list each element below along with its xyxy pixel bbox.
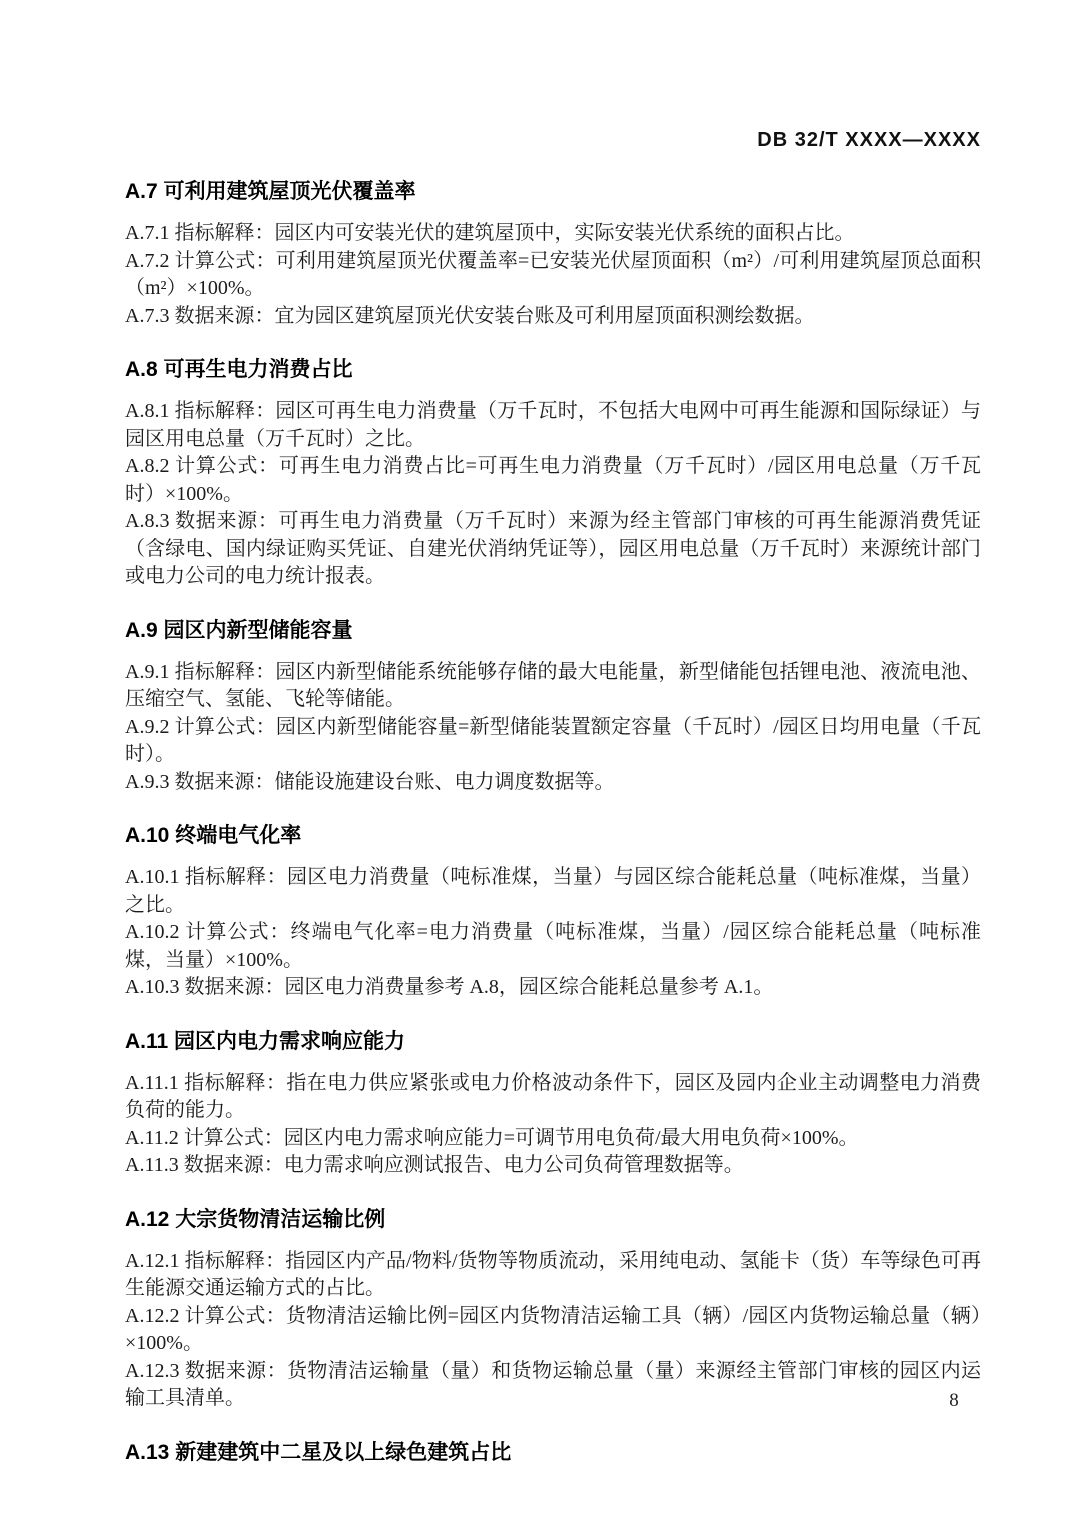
section-a10: A.10 终端电气化率 A.10.1 指标解释：园区电力消费量（吨标准煤，当量）… <box>125 822 981 1002</box>
paragraph: A.8.1 指标解释：园区可再生电力消费量（万千瓦时，不包括大电网中可再生能源和… <box>125 398 981 453</box>
paragraph: A.10.1 指标解释：园区电力消费量（吨标准煤，当量）与园区综合能耗总量（吨标… <box>125 864 981 919</box>
section-a9: A.9 园区内新型储能容量 A.9.1 指标解释：园区内新型储能系统能够存储的最… <box>125 617 981 797</box>
section-heading: A.12 大宗货物清洁运输比例 <box>125 1206 981 1234</box>
paragraph: A.12.1 指标解释：指园区内产品/物料/货物等物质流动，采用纯电动、氢能卡（… <box>125 1248 981 1303</box>
section-a13: A.13 新建建筑中二星及以上绿色建筑占比 <box>125 1439 981 1467</box>
paragraph: A.11.1 指标解释：指在电力供应紧张或电力价格波动条件下，园区及园内企业主动… <box>125 1070 981 1125</box>
section-heading: A.9 园区内新型储能容量 <box>125 617 981 645</box>
paragraph: A.11.2 计算公式：园区内电力需求响应能力=可调节用电负荷/最大用电负荷×1… <box>125 1125 981 1153</box>
paragraph: A.12.3 数据来源：货物清洁运输量（量）和货物运输总量（量）来源经主管部门审… <box>125 1358 981 1413</box>
paragraph: A.7.2 计算公式：可利用建筑屋顶光伏覆盖率=已安装光伏屋顶面积（m²）/可利… <box>125 248 981 303</box>
paragraph: A.9.2 计算公式：园区内新型储能容量=新型储能装置额定容量（千瓦时）/园区日… <box>125 714 981 769</box>
section-heading: A.7 可利用建筑屋顶光伏覆盖率 <box>125 178 981 206</box>
page-content: DB 32/T XXXX—XXXX A.7 可利用建筑屋顶光伏覆盖率 A.7.1… <box>125 128 981 1481</box>
page-number: 8 <box>942 1390 966 1412</box>
paragraph: A.10.3 数据来源：园区电力消费量参考 A.8，园区综合能耗总量参考 A.1… <box>125 974 981 1002</box>
paragraph: A.10.2 计算公式：终端电气化率=电力消费量（吨标准煤，当量）/园区综合能耗… <box>125 919 981 974</box>
section-a11: A.11 园区内电力需求响应能力 A.11.1 指标解释：指在电力供应紧张或电力… <box>125 1028 981 1180</box>
section-heading: A.13 新建建筑中二星及以上绿色建筑占比 <box>125 1439 981 1467</box>
section-heading: A.8 可再生电力消费占比 <box>125 356 981 384</box>
paragraph: A.7.1 指标解释：园区内可安装光伏的建筑屋顶中，实际安装光伏系统的面积占比。 <box>125 220 981 248</box>
section-a12: A.12 大宗货物清洁运输比例 A.12.1 指标解释：指园区内产品/物料/货物… <box>125 1206 981 1413</box>
section-heading: A.10 终端电气化率 <box>125 822 981 850</box>
section-a7: A.7 可利用建筑屋顶光伏覆盖率 A.7.1 指标解释：园区内可安装光伏的建筑屋… <box>125 178 981 330</box>
paragraph: A.9.3 数据来源：储能设施建设台账、电力调度数据等。 <box>125 769 981 797</box>
paragraph: A.8.3 数据来源：可再生电力消费量（万千瓦时）来源为经主管部门审核的可再生能… <box>125 508 981 591</box>
paragraph: A.9.1 指标解释：园区内新型储能系统能够存储的最大电能量，新型储能包括锂电池… <box>125 659 981 714</box>
paragraph: A.11.3 数据来源：电力需求响应测试报告、电力公司负荷管理数据等。 <box>125 1152 981 1180</box>
paragraph: A.7.3 数据来源：宜为园区建筑屋顶光伏安装台账及可利用屋顶面积测绘数据。 <box>125 303 981 331</box>
document-code-header: DB 32/T XXXX—XXXX <box>125 128 981 152</box>
section-a8: A.8 可再生电力消费占比 A.8.1 指标解释：园区可再生电力消费量（万千瓦时… <box>125 356 981 591</box>
paragraph: A.12.2 计算公式：货物清洁运输比例=园区内货物清洁运输工具（辆）/园区内货… <box>125 1303 981 1358</box>
section-heading: A.11 园区内电力需求响应能力 <box>125 1028 981 1056</box>
document-page: DB 32/T XXXX—XXXX A.7 可利用建筑屋顶光伏覆盖率 A.7.1… <box>0 0 1080 1528</box>
paragraph: A.8.2 计算公式：可再生电力消费占比=可再生电力消费量（万千瓦时）/园区用电… <box>125 453 981 508</box>
